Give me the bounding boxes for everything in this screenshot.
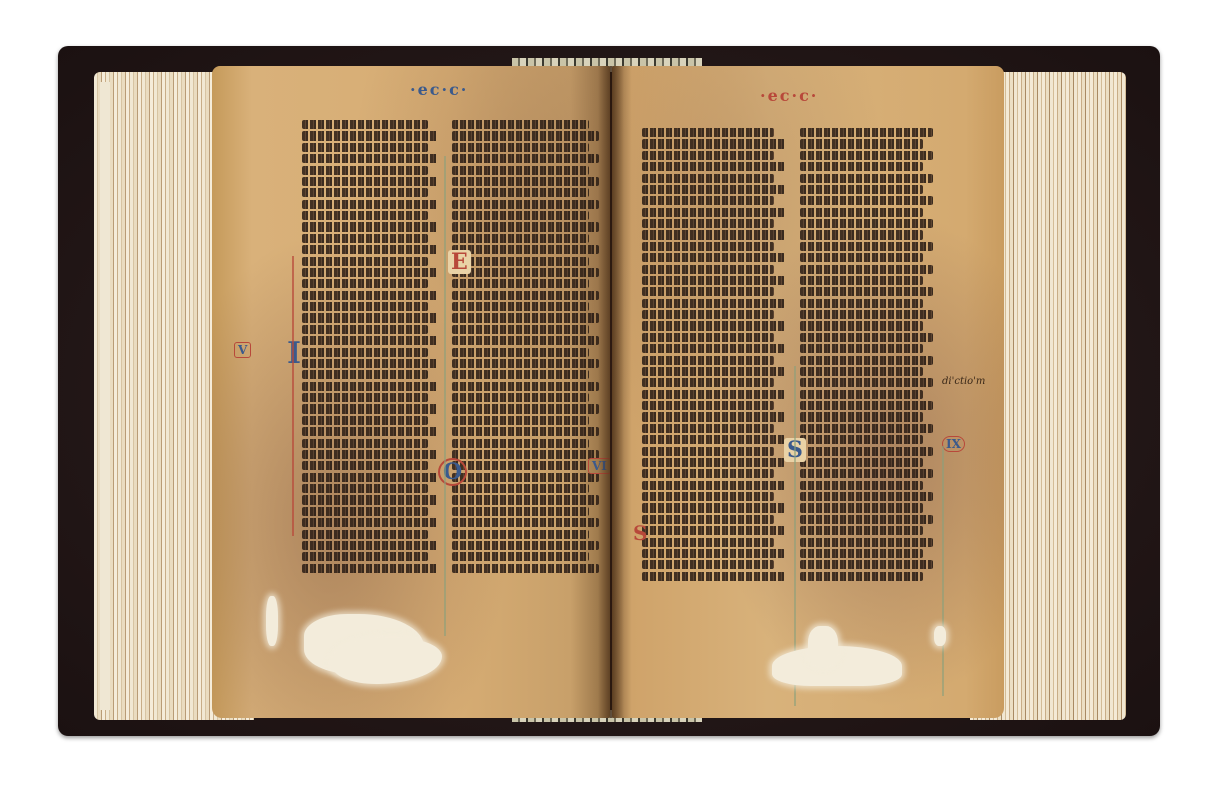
script-line [642,139,785,148]
script-line [800,310,933,319]
script-line [800,208,923,217]
script-line [800,526,923,535]
script-line [800,265,933,274]
script-line [800,196,933,205]
script-line [452,177,599,186]
script-line [452,404,599,413]
script-line [302,416,428,425]
script-line [800,492,933,501]
script-line [642,310,774,319]
script-line [302,336,438,345]
parchment-loss [808,626,838,666]
script-line [642,321,785,330]
script-line [800,139,923,148]
script-line [800,321,923,330]
script-line [642,424,774,433]
script-line [642,242,774,251]
script-line [302,404,438,413]
script-line [452,348,589,357]
script-line [302,245,438,254]
script-line [642,435,785,444]
script-line [800,174,933,183]
script-line [642,276,785,285]
script-line [452,359,599,368]
script-line [642,447,774,456]
script-line [452,552,589,561]
script-line [452,325,589,334]
script-line [642,196,774,205]
script-line [452,439,589,448]
pen-flourish [292,256,294,536]
script-line [642,367,785,376]
script-line [302,564,438,573]
script-line [302,234,428,243]
script-line [642,503,785,512]
left-running-head: ·ec·c· [410,80,468,99]
script-line [642,174,774,183]
script-line [800,344,923,353]
script-line [302,257,428,266]
script-line [452,257,589,266]
script-line [452,495,599,504]
script-line [452,393,589,402]
script-line [452,222,599,231]
script-line [452,120,589,129]
script-line [452,530,589,539]
script-line [302,291,438,300]
script-line [452,427,599,436]
left-page: ·ec·c· E I O V VI [212,66,610,718]
chapter-mark-v: V [234,342,251,358]
script-line [302,154,438,163]
script-line [642,572,785,581]
script-line [800,242,933,251]
parchment-loss [266,596,278,646]
script-line [302,120,428,129]
script-line [800,469,933,478]
script-line [642,538,774,547]
script-line [800,401,933,410]
script-line [642,469,774,478]
script-line [302,530,428,539]
script-line [642,287,774,296]
script-line [302,166,428,175]
script-line [302,461,428,470]
initial-e: E [448,250,471,274]
script-line [642,492,774,501]
script-line [302,131,438,140]
script-line [302,507,428,516]
script-line [302,439,428,448]
script-line [800,287,933,296]
script-line [452,518,599,527]
script-line [302,382,438,391]
script-line [800,390,923,399]
script-line [642,128,774,137]
script-line [642,344,785,353]
script-line [800,412,923,421]
script-line [642,219,774,228]
script-line [452,336,599,345]
initial-i: I [284,338,304,370]
script-line [800,572,923,581]
script-line [452,313,599,322]
script-line [302,302,428,311]
script-line [302,393,428,402]
script-line [800,185,923,194]
script-line [642,481,785,490]
right-running-head: ·ec·c· [760,86,818,105]
script-line [642,265,774,274]
script-line [800,378,933,387]
script-line [452,211,589,220]
parchment-loss [332,638,442,684]
script-line [800,549,923,558]
script-line [642,356,774,365]
script-line [302,359,438,368]
script-line [800,151,933,160]
script-line [452,473,599,482]
marginal-note: di'ctio'm [942,376,985,387]
script-line [642,560,774,569]
script-line [452,143,589,152]
script-line [642,333,774,342]
script-line [452,245,599,254]
script-line [642,401,774,410]
right-page: ·ec·c· S S IX di'ctio'm [612,66,1004,718]
script-line [800,503,923,512]
script-line [642,526,785,535]
script-line [302,200,438,209]
script-line [302,177,438,186]
pen-flourish [942,446,944,696]
script-line [800,356,933,365]
script-line [302,348,428,357]
script-line [800,276,923,285]
script-line [800,128,933,137]
script-line [302,518,438,527]
script-line [800,253,923,262]
script-line [642,412,785,421]
left-page-column-1 [302,120,444,575]
script-line [642,230,785,239]
script-line [302,211,428,220]
script-line [302,495,438,504]
script-line [800,447,933,456]
right-page-column-2 [800,128,940,583]
script-line [800,435,923,444]
script-line [302,427,438,436]
script-line [452,131,599,140]
script-line [302,541,438,550]
script-line [800,481,923,490]
script-line [642,549,785,558]
script-line [452,188,589,197]
script-line [800,219,933,228]
script-line [642,162,785,171]
script-line [800,162,923,171]
script-line [452,564,599,573]
script-line [302,188,428,197]
script-line [302,222,438,231]
script-line [642,458,785,467]
script-line [642,208,785,217]
script-line [452,234,589,243]
script-line [800,333,933,342]
script-line [302,325,428,334]
script-line [302,473,438,482]
script-line [642,390,785,399]
script-line [452,541,599,550]
right-page-column-1 [642,128,792,583]
script-line [302,268,438,277]
script-line [452,370,589,379]
script-line [452,154,599,163]
script-line [302,484,428,493]
script-line [452,268,599,277]
script-line [452,416,589,425]
script-line [452,166,589,175]
script-line [642,299,785,308]
script-line [302,143,428,152]
script-line [642,151,774,160]
script-line [302,552,428,561]
script-line [800,230,923,239]
script-line [800,538,933,547]
pen-flourish [444,156,446,636]
script-line [452,302,589,311]
script-line [452,450,599,459]
script-line [452,279,589,288]
script-line [452,507,589,516]
script-line [452,200,599,209]
initial-o: O [438,458,467,486]
script-line [302,450,438,459]
script-line [642,185,785,194]
parchment-loss [934,626,946,646]
left-page-column-2 [452,120,602,575]
script-line [800,367,923,376]
gutter [598,66,624,718]
initial-s-red: S [630,522,650,544]
script-line [800,458,923,467]
script-line [302,370,428,379]
script-line [302,279,428,288]
script-line [452,382,599,391]
script-line [642,515,774,524]
script-line [452,461,589,470]
script-line [302,313,438,322]
script-line [452,291,599,300]
script-line [800,515,933,524]
script-line [800,560,933,569]
script-line [800,424,933,433]
chapter-mark-ix: IX [942,436,965,452]
script-line [642,253,785,262]
script-line [800,299,923,308]
script-line [642,378,774,387]
script-line [452,484,589,493]
